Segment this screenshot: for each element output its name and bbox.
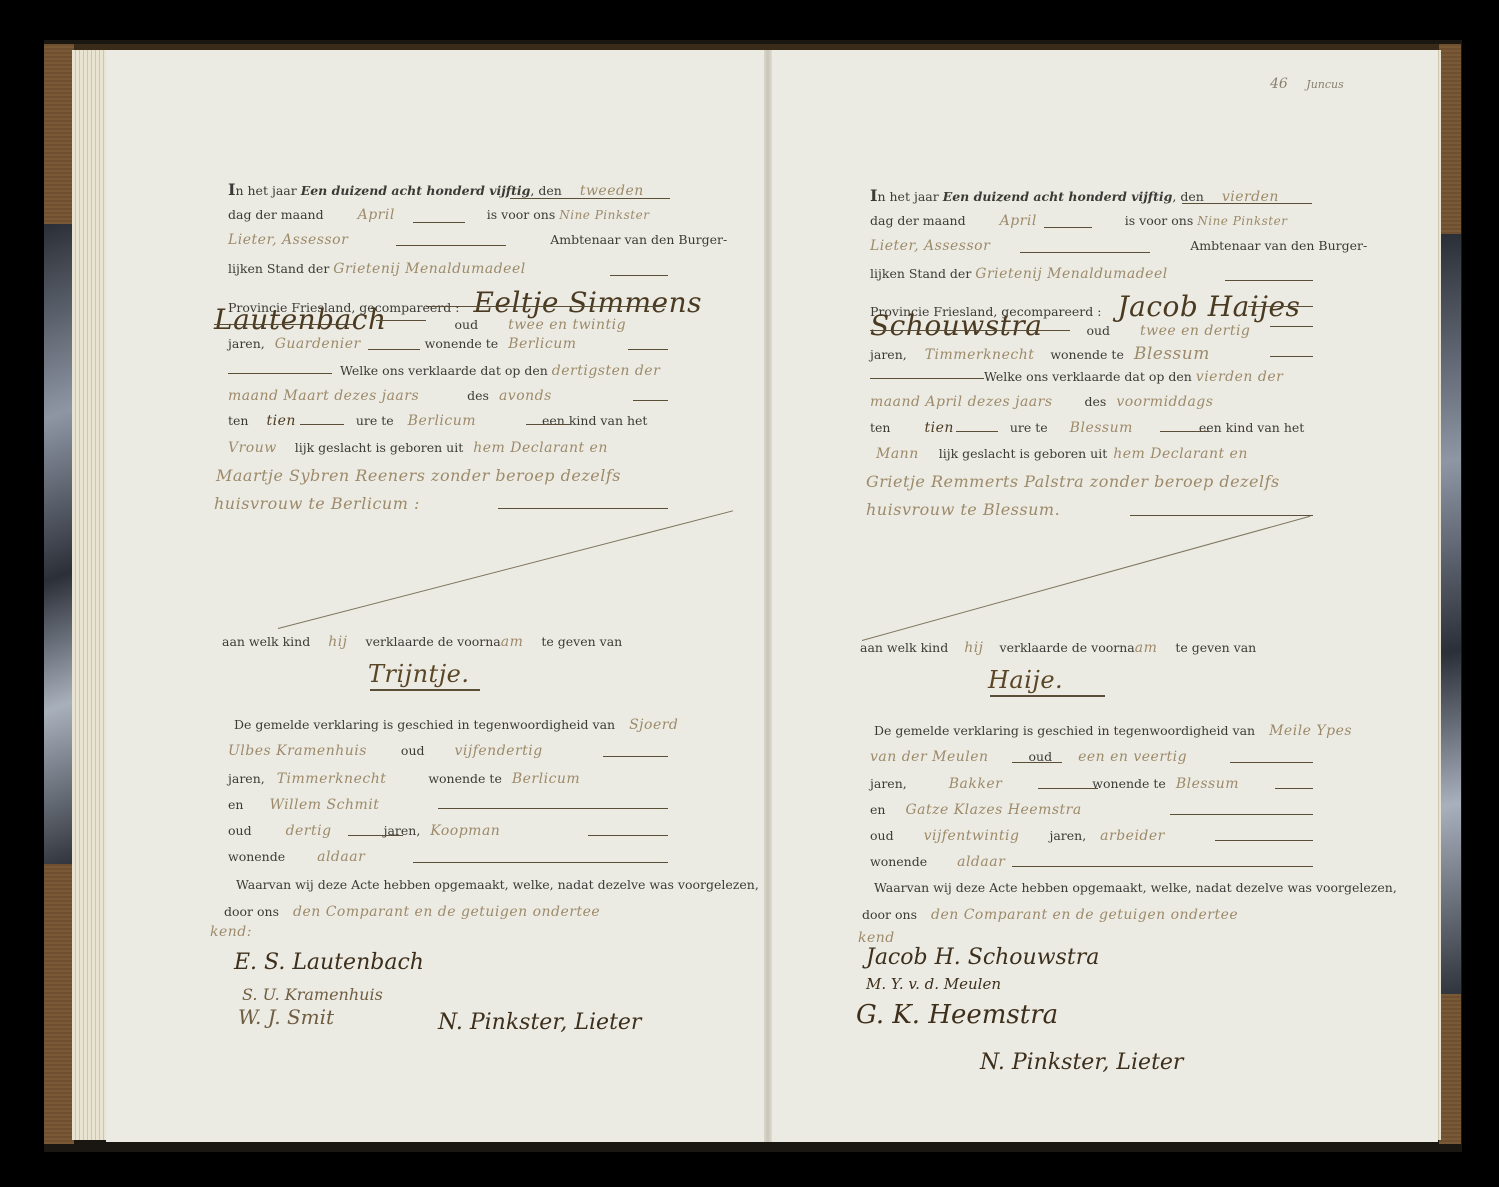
printed-text: jaren,	[228, 336, 265, 351]
signature-declarant: E. S. Lautenbach	[234, 950, 424, 975]
signature-witness1: M. Y. v. d. Meulen	[866, 975, 1001, 993]
printed-text: ten	[870, 420, 890, 435]
handwritten-read-by: kend:	[210, 924, 252, 940]
printed-text: en	[870, 802, 885, 817]
handwritten-time-of-day: avonds	[499, 388, 552, 404]
form-line	[498, 508, 668, 509]
printed-text: oud	[455, 317, 479, 332]
form-line	[1020, 252, 1150, 253]
printed-text: jaren,	[870, 776, 907, 791]
printed-text: oud	[228, 823, 252, 838]
printed-text: wonende te	[428, 771, 502, 786]
form-line	[510, 198, 670, 199]
printed-text: des	[467, 388, 489, 403]
handwritten-day: tweeden	[580, 183, 644, 199]
printed-text: De gemelde verklaring is geschied in teg…	[874, 723, 1255, 738]
printed-text: Welke ons verklaarde dat op den	[340, 363, 548, 378]
handwritten-witness2-occupation: Koopman	[430, 823, 500, 839]
printed-text: wonende	[228, 849, 285, 864]
printed-text: is voor ons	[487, 207, 555, 222]
printed-text: oud	[401, 743, 425, 758]
form-line	[526, 424, 570, 425]
handwritten-municipality: Grietenij Menaldumadeel	[975, 266, 1167, 282]
printed-text: ten	[228, 413, 248, 428]
handwritten-occupation: Guardenier	[275, 336, 361, 352]
form-line	[214, 324, 354, 325]
handwritten-child-sex: Vrouw	[228, 440, 277, 456]
printed-text: lijk geslacht is geboren uit	[295, 440, 464, 455]
printed-text: aan welk kind	[860, 640, 948, 655]
form-line	[1044, 227, 1092, 228]
printed-text: n het jaar	[235, 183, 296, 198]
printed-text: Waarvan wij deze Acte hebben opgemaakt, …	[874, 880, 1397, 895]
form-line	[588, 835, 668, 836]
form-line	[870, 378, 984, 379]
printed-text: oud	[1086, 323, 1110, 338]
handwritten-read-by: den Comparant en de getuigen ondertee	[293, 904, 600, 920]
form-line	[438, 808, 668, 809]
handwritten-witness1-age: vijfendertig	[454, 743, 542, 759]
handwritten-hour: tien	[266, 413, 295, 429]
printed-text: jaren,	[228, 771, 265, 786]
printed-text: aan welk kind	[222, 634, 310, 649]
handwritten-parents: Grietje Remmerts Palstra zonder beroep d…	[866, 472, 1280, 491]
form-line	[603, 756, 668, 757]
printed-text: is voor ons	[1125, 213, 1193, 228]
handwritten-witness2: Gatze Klazes Heemstra	[905, 802, 1081, 818]
form-line	[1160, 431, 1210, 432]
handwritten-witness1-occupation: Bakker	[949, 776, 1003, 792]
handwritten-witness2: Willem Schmit	[269, 797, 379, 813]
printed-text: De gemelde verklaring is geschied in teg…	[234, 717, 615, 732]
handwritten-witness2-age: dertig	[286, 823, 332, 839]
handwritten-hour: tien	[924, 420, 953, 436]
right-cover-edge	[1439, 44, 1461, 1144]
form-line	[1012, 866, 1313, 867]
handwritten-month: April	[1000, 213, 1037, 229]
cancellation-stroke	[862, 516, 1310, 641]
printed-text: verklaarde de voorna	[366, 634, 501, 649]
handwritten-witness1-age: een en veertig	[1078, 749, 1187, 765]
handwritten-birth-day: vierden der	[1196, 369, 1284, 385]
handwritten-time-of-day: voormiddags	[1116, 394, 1213, 410]
form-line	[1038, 788, 1098, 789]
handwritten-parents: huisvrouw te Blessum.	[866, 500, 1060, 519]
printed-text: lijken Stand der	[870, 266, 971, 281]
printed-text: lijk geslacht is geboren uit	[939, 446, 1108, 461]
handwritten-witness1-occupation: Timmerknecht	[277, 771, 387, 787]
printed-text: oud	[870, 828, 894, 843]
form-line	[1248, 306, 1313, 307]
form-line	[1270, 356, 1313, 357]
printed-text: dag der maand	[870, 213, 966, 228]
printed-text: , den	[530, 183, 561, 198]
handwritten-witness1-residence: Berlicum	[512, 771, 580, 787]
printed-text: lijken Stand der	[228, 261, 329, 276]
handwritten-occupation: Timmerknecht	[925, 347, 1035, 363]
handwritten-residence: Berlicum	[508, 336, 576, 352]
printed-text: Ambtenaar van den Burger-	[1190, 238, 1367, 253]
form-line	[610, 275, 668, 276]
handwritten-parents: hem Declarant en	[473, 440, 608, 456]
handwritten-parents: huisvrouw te Berlicum :	[214, 494, 420, 513]
handwritten-witness1-residence: Blessum	[1176, 776, 1239, 792]
handwritten-birth-month: maand April dezes jaars	[870, 394, 1053, 410]
form-line	[1230, 762, 1313, 763]
book-gutter	[764, 50, 772, 1142]
form-line	[368, 349, 420, 350]
handwritten-child-name: Haije.	[988, 666, 1063, 694]
handwritten-birth-place: Berlicum	[408, 413, 476, 429]
form-line	[413, 222, 465, 223]
form-line	[628, 349, 668, 350]
form-line	[633, 400, 668, 401]
left-cover-edge	[44, 44, 74, 1144]
printed-text: wonende te	[1092, 776, 1166, 791]
record-right: In het jaar Een duizend acht honderd vij…	[870, 0, 1320, 1187]
name-underline	[370, 689, 480, 691]
form-line	[376, 320, 426, 321]
printed-text: jaren,	[1049, 828, 1086, 843]
printed-text: jaren,	[870, 347, 907, 362]
form-line	[956, 431, 998, 432]
printed-text: n het jaar	[877, 189, 938, 204]
handwritten-witness1: Ulbes Kramenhuis	[228, 743, 367, 759]
record-left: In het jaar Een duizend acht honderd vij…	[228, 0, 678, 1187]
handwritten-witness2-residence: aldaar	[317, 849, 365, 865]
handwritten-child-name: Trijntje.	[368, 660, 469, 688]
form-line	[1225, 280, 1313, 281]
name-underline	[990, 695, 1105, 697]
handwritten-age: twee en twintig	[508, 317, 626, 333]
form-line	[1275, 788, 1313, 789]
form-line	[348, 835, 403, 836]
form-line	[1215, 840, 1313, 841]
handwritten-municipality: Grietenij Menaldumadeel	[333, 261, 525, 277]
handwritten-age: twee en dertig	[1140, 323, 1250, 339]
printed-text: door ons	[862, 907, 917, 922]
printed-text: wonende te	[425, 336, 499, 351]
handwritten-parents: Maartje Sybren Reeners zonder beroep dez…	[216, 466, 621, 485]
handwritten-witness1: Sjoerd	[629, 717, 678, 733]
printed-text: ure te	[1010, 420, 1048, 435]
handwritten-official: Nine Pinkster	[559, 208, 649, 222]
signature-official: N. Pinkster, Lieter	[438, 1010, 641, 1035]
printed-text: ure te	[356, 413, 394, 428]
handwritten-pronoun: hij	[964, 640, 983, 656]
cancellation-stroke	[278, 510, 733, 629]
form-line	[1270, 326, 1313, 327]
handwritten-birth-day: dertigsten der	[552, 363, 661, 379]
handwritten-official: Nine Pinkster	[1197, 214, 1287, 228]
printed-text: des	[1085, 394, 1107, 409]
signature-witness2: W. J. Smit	[238, 1005, 334, 1029]
handwritten-witness2-age: vijfentwintig	[924, 828, 1020, 844]
printed-text: verklaarde de voorna	[1000, 640, 1135, 655]
handwritten-parents: hem Declarant en	[1113, 446, 1248, 462]
marbled-paper	[44, 224, 74, 864]
left-page-stack	[72, 50, 108, 1140]
signature-witness1: S. U. Kramenhuis	[242, 985, 383, 1004]
handwritten-official: Lieter, Assessor	[228, 232, 348, 248]
printed-text: te geven van	[541, 634, 622, 649]
printed-year: Een duizend acht honderd vijftig	[943, 189, 1173, 204]
handwritten-suffix: am	[501, 634, 524, 650]
signature-declarant: Jacob H. Schouwstra	[866, 945, 1099, 970]
handwritten-birth-month: maand Maart dezes jaars	[228, 388, 419, 404]
handwritten-official: Lieter, Assessor	[870, 238, 990, 254]
form-line	[1182, 203, 1312, 204]
printed-text: een kind van het	[542, 413, 647, 428]
handwritten-read-by: kend	[858, 930, 895, 946]
handwritten-residence: Blessum	[1134, 344, 1210, 364]
printed-text: te geven van	[1175, 640, 1256, 655]
handwritten-witness1: van der Meulen	[870, 749, 989, 765]
form-line	[1012, 762, 1062, 763]
signature-witness2: G. K. Heemstra	[856, 1000, 1058, 1030]
form-line	[228, 373, 332, 374]
form-line	[396, 245, 506, 246]
handwritten-read-by: den Comparant en de getuigen ondertee	[931, 907, 1238, 923]
printed-text: door ons	[224, 904, 279, 919]
printed-text: , den	[1172, 189, 1203, 204]
printed-text: dag der maand	[228, 207, 324, 222]
printed-text: wonende te	[1050, 347, 1124, 362]
printed-text: een kind van het	[1199, 420, 1304, 435]
printed-text: en	[228, 797, 243, 812]
marbled-paper	[1439, 234, 1461, 994]
handwritten-month: April	[358, 207, 395, 223]
form-line	[1130, 515, 1313, 516]
form-line	[300, 424, 344, 425]
printed-text: Welke ons verklaarde dat op den	[984, 369, 1192, 384]
form-line	[1170, 814, 1313, 815]
handwritten-declarant-last: Schouwstra	[870, 309, 1042, 342]
handwritten-witness2-residence: aldaar	[957, 854, 1005, 870]
handwritten-pronoun: hij	[328, 634, 347, 650]
handwritten-birth-place: Blessum	[1070, 420, 1133, 436]
handwritten-suffix: am	[1135, 640, 1158, 656]
printed-year: Een duizend acht honderd vijftig	[301, 183, 531, 198]
handwritten-witness1: Meile Ypes	[1269, 723, 1352, 739]
printed-text: Ambtenaar van den Burger-	[550, 232, 727, 247]
form-line	[870, 330, 1070, 331]
printed-text: Waarvan wij deze Acte hebben opgemaakt, …	[236, 877, 759, 892]
form-line	[413, 862, 668, 863]
handwritten-witness2-occupation: arbeider	[1100, 828, 1165, 844]
handwritten-child-sex: Mann	[876, 446, 919, 462]
signature-official: N. Pinkster, Lieter	[980, 1050, 1183, 1075]
printed-text: wonende	[870, 854, 927, 869]
handwritten-declarant-last: Lautenbach	[214, 303, 387, 336]
